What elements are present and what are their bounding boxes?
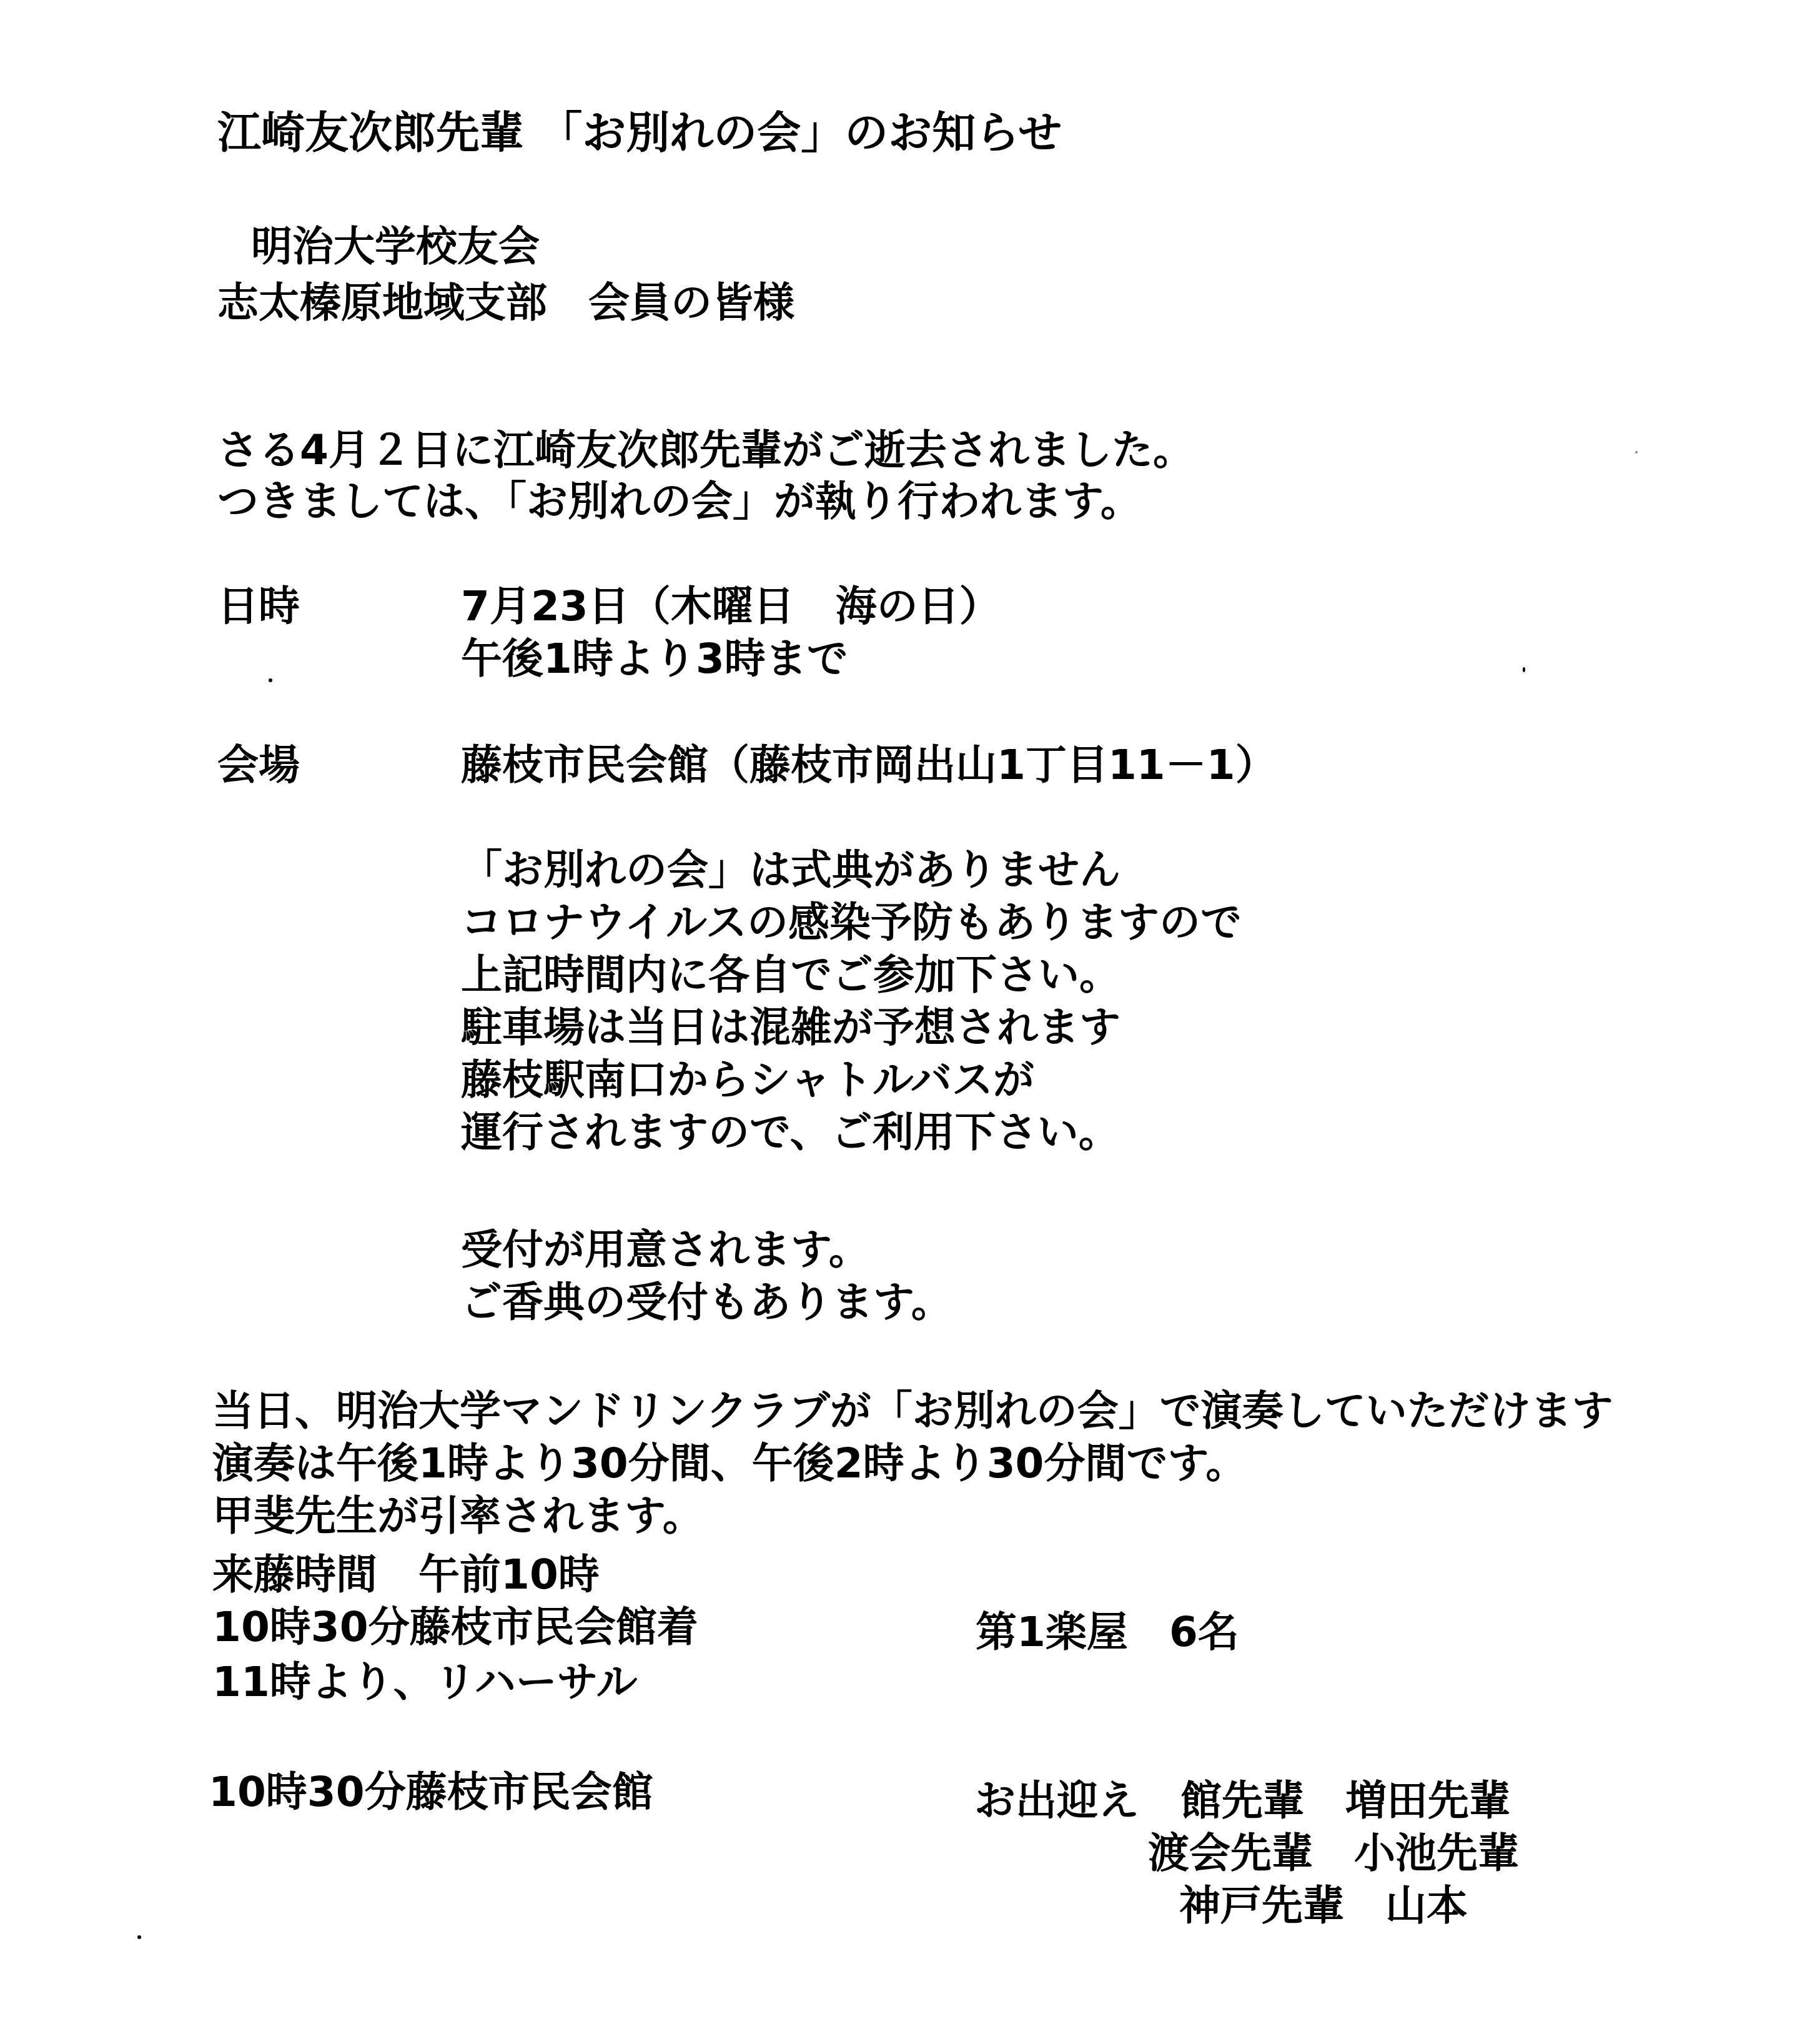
welcome-line-3: 神戸先輩 山本: [1179, 1885, 1468, 1927]
schedule-green-room: 第1楽屋 6名: [976, 1612, 1239, 1653]
welcome-line-2: 渡会先輩 小池先輩: [1148, 1833, 1519, 1874]
intro-line-1: さる4月２日に江崎友次郎先輩がご逝去されました。: [217, 430, 1194, 471]
note-line: 「お別れの会」は式典がありません: [461, 850, 1120, 891]
addressee-line-2: 志太榛原地域支部 会員の皆様: [217, 282, 794, 324]
datetime-date: 7月23日（木曜日 海の日）: [461, 586, 1001, 627]
datetime-label: 日時: [217, 586, 300, 627]
datetime-time: 午後1時より3時まで: [461, 638, 848, 680]
reception-line: 受付が用意されます。: [461, 1229, 870, 1271]
schedule-at-hall: 10時30分藤枝市民会館着: [212, 1607, 698, 1648]
schedule-rehearsal: 11時より、リハーサル: [212, 1662, 638, 1703]
scan-speck: [1523, 667, 1525, 672]
document-title: 江崎友次郎先輩 「お別れの会」のお知らせ: [217, 111, 1062, 155]
note-line: コロナウイルスの感染予防もありますので: [461, 902, 1242, 943]
schedule-meeting-point: 10時30分藤枝市民会館: [209, 1772, 653, 1813]
scan-speck: [1635, 451, 1638, 454]
note-line: 運行されますので、ご利用下さい。: [461, 1112, 1120, 1153]
performance-line: 当日、明治大学マンドリンクラブが「お別れの会」で演奏していただけます: [212, 1391, 1613, 1432]
note-line: 上記時間内に各自でご参加下さい。: [461, 955, 1120, 996]
scan-speck: [137, 1935, 141, 1939]
venue-name: 藤枝市民会館（藤枝市岡出山1丁目11－1）: [461, 745, 1277, 786]
scan-speck: [269, 678, 272, 682]
intro-line-2: つきましては、「お別れの会」が執り行われます。: [217, 481, 1142, 522]
venue-label: 会場: [217, 745, 300, 786]
schedule-arrival: 来藤時間 午前10時: [212, 1554, 600, 1595]
scanned-document-page: 江崎友次郎先輩 「お別れの会」のお知らせ 明治大学校友会 志太榛原地域支部 会員…: [0, 0, 1805, 2044]
performance-line: 甲斐先生が引率されます。: [212, 1496, 704, 1537]
note-line: 藤枝駅南口からシャトルバスが: [461, 1059, 1034, 1101]
addressee-line-1: 明治大学校友会: [251, 226, 540, 267]
performance-line: 演奏は午後1時より30分間、午後2時より30分間です。: [212, 1443, 1247, 1484]
welcome-line-1: お出迎え 館先輩 増田先輩: [974, 1780, 1510, 1822]
note-line: 駐車場は当日は混雑が予想されます: [461, 1007, 1120, 1048]
reception-line: ご香典の受付もあります。: [461, 1282, 952, 1323]
